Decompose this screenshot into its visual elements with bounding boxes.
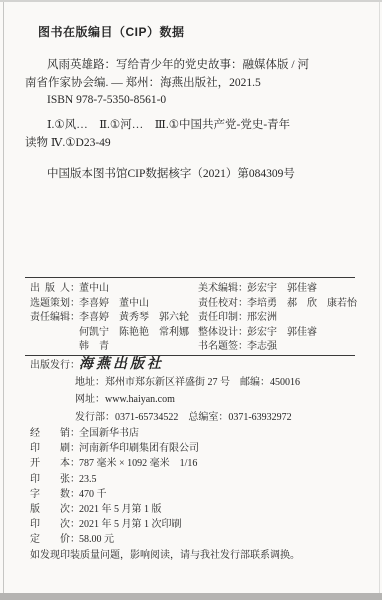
- publishing-row: 网址：www.haiyan.com: [30, 391, 300, 409]
- staff-names: 李喜婷 黄秀琴 郭六轮: [79, 312, 189, 323]
- colon: ：: [70, 311, 79, 326]
- publishing-row: 字数：470 千: [30, 487, 300, 502]
- staff-row: 选题策划：李喜婷 董中山: [30, 297, 189, 312]
- publisher-name-calligraphy: 海燕出版社: [79, 356, 164, 372]
- publishing-row: 印刷：河南新华印刷集团有限公司: [30, 441, 300, 456]
- cip-class-line: Ⅰ.①风… Ⅱ.①河… Ⅲ.①中国共产党-党史-青年: [25, 117, 355, 135]
- cip-record: 风雨英雄路：写给青少年的党史故事：融媒体版 / 河 南省作家协会编. — 郑州：…: [25, 57, 355, 110]
- colon: ：: [70, 502, 79, 517]
- colon: ：: [70, 297, 79, 312]
- staff-names: 彭宏宇 郭佳睿: [247, 283, 317, 294]
- publisher-phones: 发行部：0371-65734522 总编室：0371-63932972: [75, 412, 292, 423]
- scan-edge-bottom: [0, 593, 382, 600]
- staff-row: 美术编辑：彭宏宇 郭佳睿: [198, 282, 357, 297]
- publisher-address: 地址：郑州市郑东新区祥盛街 27 号 邮编：450016: [75, 377, 300, 388]
- publishing-info: 出版发行：海燕出版社 地址：郑州市郑东新区祥盛街 27 号 邮编：450016 …: [30, 356, 300, 548]
- staff-names: 李培勇 郝 欣 康若怡: [247, 298, 357, 309]
- cip-class-line: 读物 Ⅳ.①D23-49: [25, 135, 355, 153]
- colon: ：: [238, 282, 247, 297]
- cip-header: 图书在版编目（CIP）数据: [38, 23, 185, 40]
- publishing-label: 印张: [30, 472, 70, 487]
- publishing-value: 787 毫米 × 1092 毫米 1/16: [79, 458, 197, 469]
- staff-role-label: 责任编辑: [30, 311, 70, 326]
- colon: ：: [70, 487, 79, 502]
- colon: ：: [238, 297, 247, 312]
- cip-registration-number: 中国版本图书馆CIP数据核字（2021）第084309号: [47, 165, 295, 181]
- publishing-value: 470 千: [79, 489, 107, 500]
- publishing-label: 版次: [30, 502, 70, 517]
- staff-row: 书名题签：李志强: [198, 340, 357, 355]
- divider-rule: [25, 277, 355, 278]
- publishing-label: 字数: [30, 487, 70, 502]
- colon: ：: [70, 357, 79, 375]
- staff-role-label: 出版人: [30, 282, 70, 297]
- quality-notice: 如发现印装质量问题，影响阅读，请与我社发行部联系调换。: [30, 546, 300, 561]
- staff-row: 责任印制：邢宏洲: [198, 311, 357, 326]
- isbn-line: ISBN 978-7-5350-8561-0: [25, 92, 355, 110]
- staff-role-label: 选题策划: [30, 297, 70, 312]
- staff-names: 李喜婷 董中山: [79, 298, 149, 309]
- publishing-row: 地址：郑州市郑东新区祥盛街 27 号 邮编：450016: [30, 374, 300, 392]
- publishing-value: 2021 年 5 月第 1 版: [79, 504, 162, 515]
- staff-row: 责任校对：李培勇 郝 欣 康若怡: [198, 297, 357, 312]
- staff-role-label: 整体设计: [198, 326, 238, 341]
- scan-edge-top: [0, 0, 382, 2]
- publisher-website: 网址：www.haiyan.com: [75, 394, 175, 405]
- copyright-page: 图书在版编目（CIP）数据 风雨英雄路：写给青少年的党史故事：融媒体版 / 河 …: [0, 0, 382, 600]
- colon: ：: [70, 517, 79, 532]
- colon: ：: [70, 456, 79, 471]
- publishing-value: 2021 年 5 月第 1 次印刷: [79, 519, 182, 530]
- publishing-row: 印次：2021 年 5 月第 1 次印刷: [30, 517, 300, 532]
- staff-names: 彭宏宇 郭佳睿: [247, 327, 317, 338]
- scan-edge-left: [3, 2, 4, 594]
- publishing-row: 印张：23.5: [30, 472, 300, 487]
- staff-names: 韩 青: [79, 341, 109, 352]
- cip-record-line: 风雨英雄路：写给青少年的党史故事：融媒体版 / 河: [25, 57, 355, 75]
- cip-record-line: 南省作家协会编. — 郑州：海燕出版社，2021.5: [25, 75, 355, 93]
- publishing-row: 开本：787 毫米 × 1092 毫米 1/16: [30, 456, 300, 471]
- publishing-value: 58.00 元: [79, 534, 114, 545]
- staff-names: 何凯宁 陈艳艳 常利娜: [79, 327, 189, 338]
- colon: ：: [238, 326, 247, 341]
- publishing-label: 印次: [30, 517, 70, 532]
- publishing-value: 河南新华印刷集团有限公司: [79, 443, 199, 454]
- publishing-label: 经销: [30, 426, 70, 441]
- publishing-label: 开本: [30, 456, 70, 471]
- staff-row: 责任编辑：李喜婷 黄秀琴 郭六轮: [30, 311, 189, 326]
- colon: ：: [70, 441, 79, 456]
- staff-row: 出版人：董中山: [30, 282, 189, 297]
- colon: ：: [238, 311, 247, 326]
- staff-names: 邢宏洲: [247, 312, 277, 323]
- publishing-value: 23.5: [79, 474, 97, 485]
- staff-row: 整体设计：彭宏宇 郭佳睿: [198, 326, 357, 341]
- publishing-label: 印刷: [30, 441, 70, 456]
- scan-edge-right: [379, 2, 380, 594]
- staff-column-right: 美术编辑：彭宏宇 郭佳睿 责任校对：李培勇 郝 欣 康若怡 责任印制：邢宏洲 整…: [198, 282, 357, 355]
- staff-names: 李志强: [247, 341, 277, 352]
- staff-names: 董中山: [79, 283, 109, 294]
- colon: ：: [238, 340, 247, 355]
- staff-role-label: 责任印制: [198, 311, 238, 326]
- publishing-row: 出版发行：海燕出版社: [30, 356, 300, 374]
- staff-role-label: 责任校对: [198, 297, 238, 312]
- staff-role-label: 书名题签: [198, 340, 238, 355]
- staff-role-label: 美术编辑: [198, 282, 238, 297]
- staff-row: 何凯宁 陈艳艳 常利娜: [30, 326, 189, 341]
- publishing-value: 全国新华书店: [79, 428, 139, 439]
- colon: ：: [70, 426, 79, 441]
- colon: ：: [70, 282, 79, 297]
- publishing-row: 经销：全国新华书店: [30, 426, 300, 441]
- colon: ：: [70, 472, 79, 487]
- staff-column-left: 出版人：董中山 选题策划：李喜婷 董中山 责任编辑：李喜婷 黄秀琴 郭六轮 何凯…: [30, 282, 189, 355]
- publishing-row: 版次：2021 年 5 月第 1 版: [30, 502, 300, 517]
- publishing-label: 出版发行: [30, 357, 70, 375]
- publishing-row: 发行部：0371-65734522 总编室：0371-63932972: [30, 409, 300, 427]
- cip-classification: Ⅰ.①风… Ⅱ.①河… Ⅲ.①中国共产党-党史-青年 读物 Ⅳ.①D23-49: [25, 117, 355, 152]
- staff-row: 韩 青: [30, 340, 189, 355]
